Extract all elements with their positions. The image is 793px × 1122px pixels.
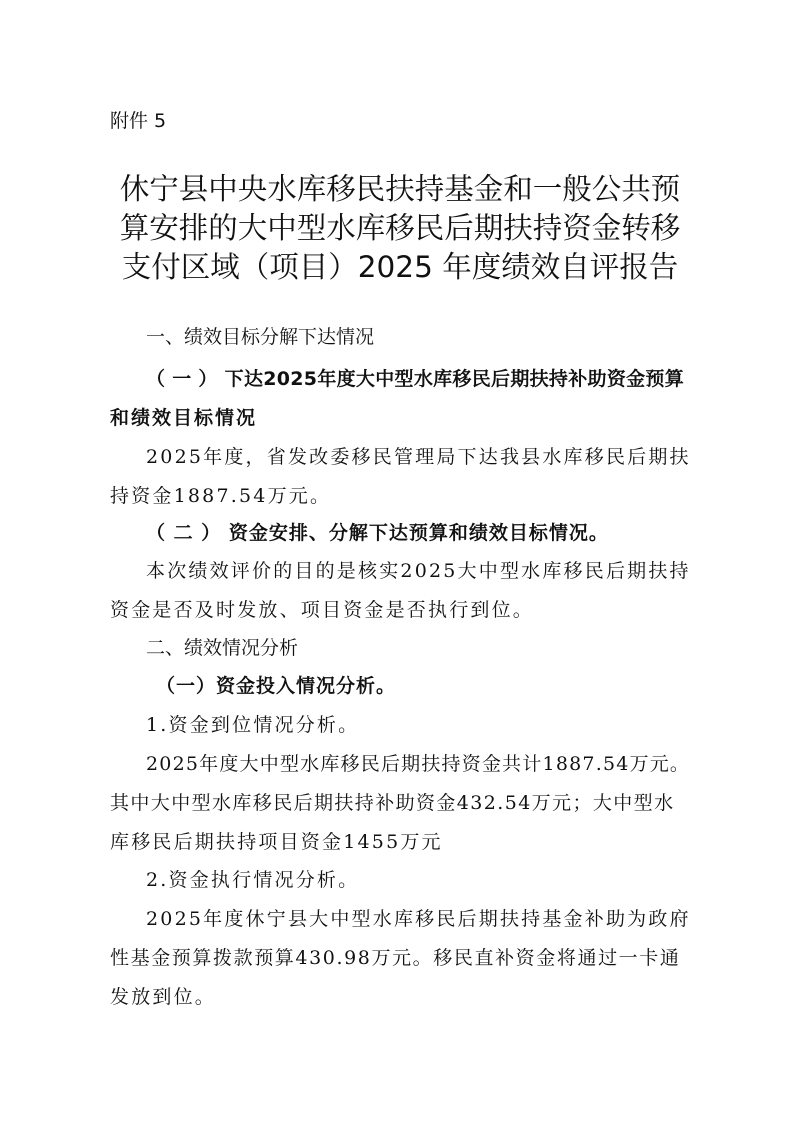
- paragraph-cont: 库移民后期扶持项目资金1455万元: [110, 827, 690, 854]
- subsection-heading-2-1: （一）资金投入情况分析。: [110, 671, 690, 698]
- subsection-heading-1-2: （ 二 ） 资金安排、分解下达预算和绩效目标情况。: [110, 518, 690, 545]
- item-heading-2-1-2: 2.资金执行情况分析。: [110, 865, 690, 892]
- paragraph-cont: 发放到位。: [110, 982, 690, 1009]
- item-heading-2-1-1: 1.资金到位情况分析。: [110, 710, 690, 737]
- title-line: 算安排的大中型水库移民后期扶持资金转移: [110, 209, 690, 248]
- subsection-heading-1-1: （ 一 ） 下达2025年度大中型水库移民后期扶持补助资金预算: [110, 364, 690, 391]
- paragraph: 2025年度休宁县大中型水库移民后期扶持基金补助为政府: [110, 904, 690, 931]
- paragraph-cont: 性基金预算拨款预算430.98万元。移民直补资金将通过一卡通: [110, 943, 690, 970]
- section-heading-1: 一、绩效目标分解下达情况: [110, 322, 690, 349]
- paragraph-cont: 资金是否及时发放、项目资金是否执行到位。: [110, 595, 690, 622]
- paragraph-cont: 持资金1887.54万元。: [110, 481, 690, 508]
- paragraph-cont: 其中大中型水库移民后期扶持补助资金432.54万元；大中型水: [110, 788, 690, 815]
- subsection-heading-1-1-cont: 和绩效目标情况: [110, 403, 690, 430]
- document-page: 附件 5 休宁县中央水库移民扶持基金和一般公共预 算安排的大中型水库移民后期扶持…: [0, 0, 793, 1122]
- paragraph: 本次绩效评价的目的是核实2025大中型水库移民后期扶持: [110, 556, 690, 583]
- document-title: 休宁县中央水库移民扶持基金和一般公共预 算安排的大中型水库移民后期扶持资金转移 …: [110, 170, 690, 287]
- section-heading-2: 二、绩效情况分析: [110, 633, 690, 660]
- title-line: 支付区域（项目）2025 年度绩效自评报告: [110, 248, 690, 287]
- paragraph: 2025年度，省发改委移民管理局下达我县水库移民后期扶: [110, 442, 690, 469]
- title-line: 休宁县中央水库移民扶持基金和一般公共预: [110, 170, 690, 209]
- attachment-label: 附件 5: [110, 106, 166, 133]
- paragraph: 2025年度大中型水库移民后期扶持资金共计1887.54万元。: [110, 749, 690, 776]
